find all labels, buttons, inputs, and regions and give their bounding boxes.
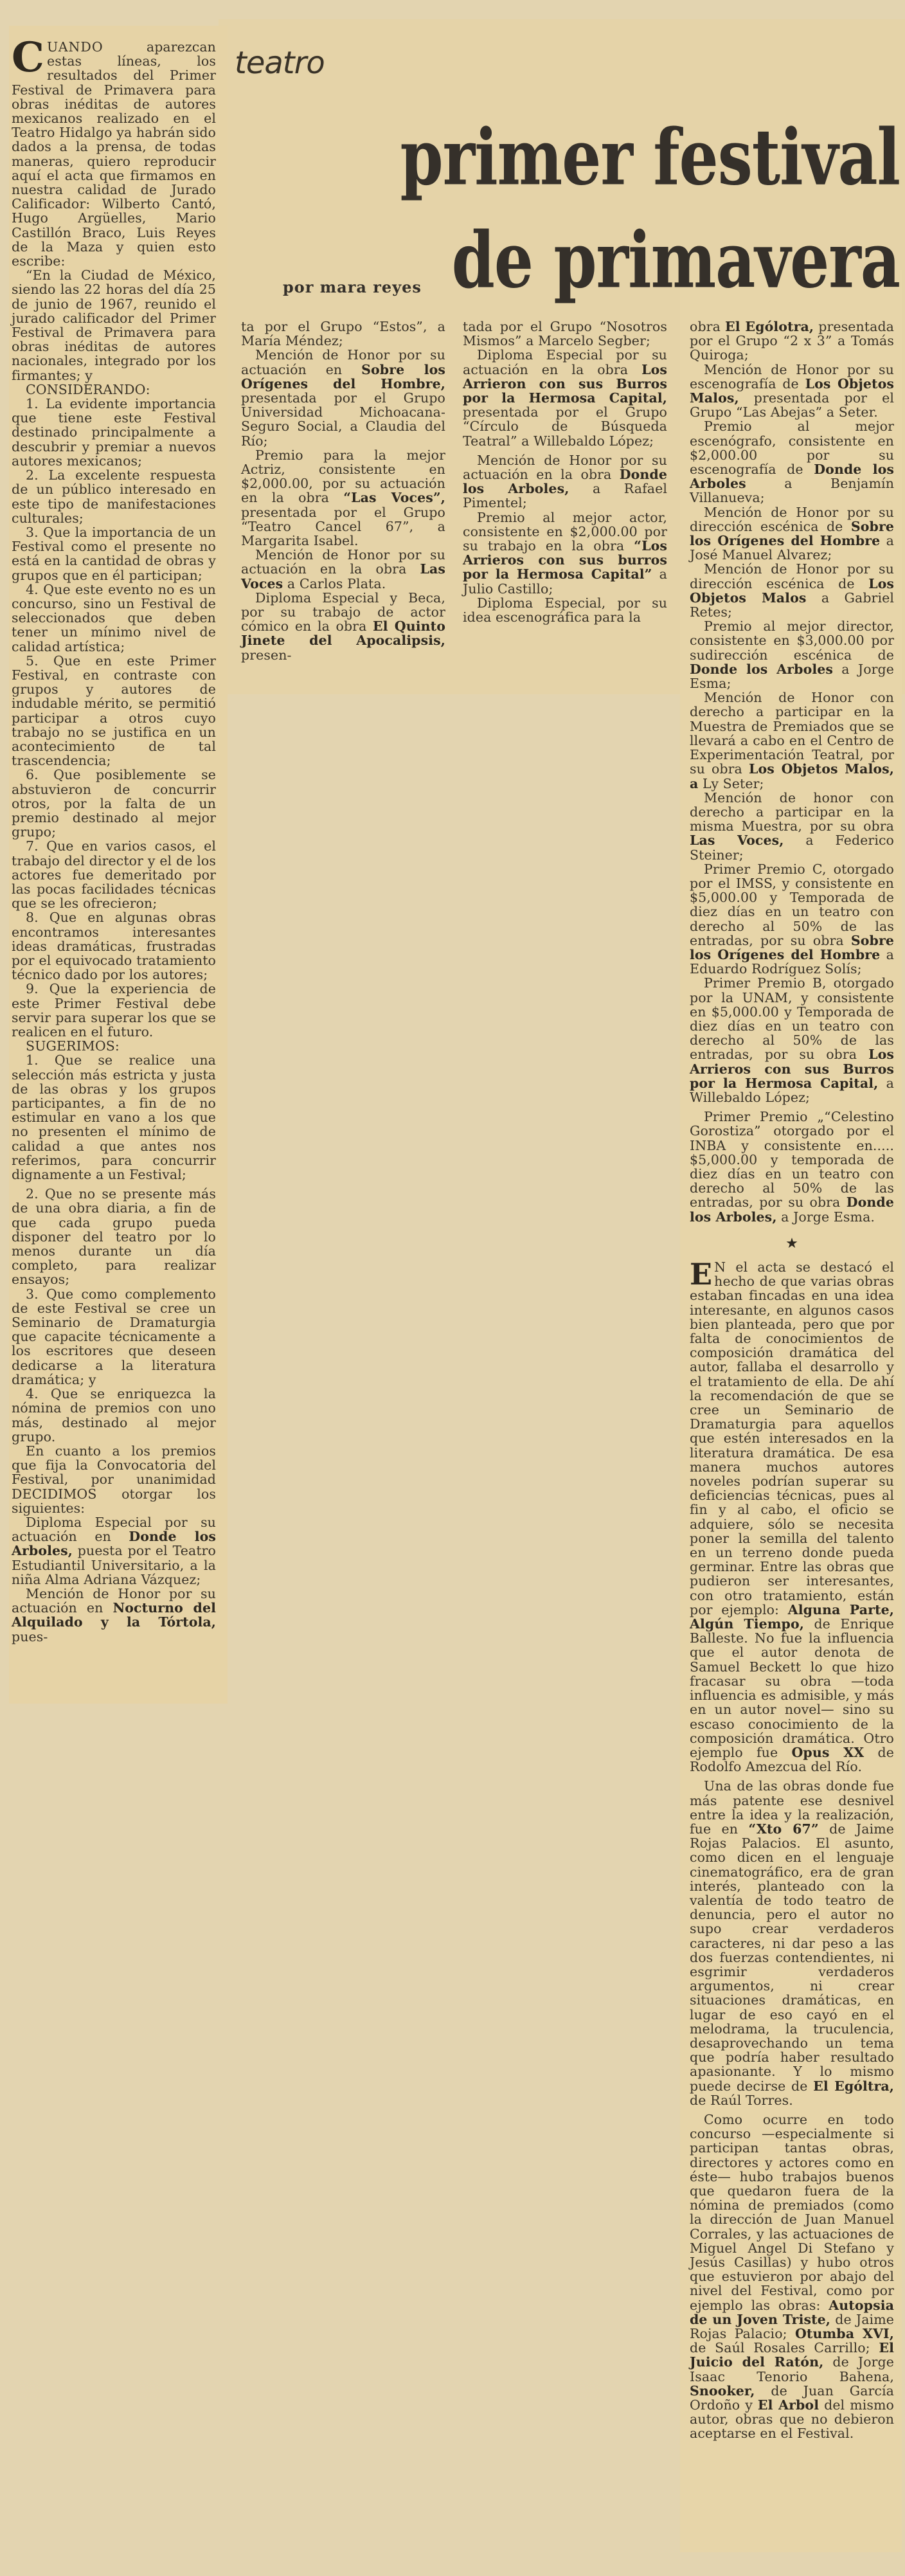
award-entry: Mención de Honor por su escenografía de … [690, 363, 894, 420]
award-entry: Mención de Honor por su actuación en Noc… [12, 1587, 216, 1644]
commentary-text: el acta se destacó el hecho de que varia… [690, 1259, 894, 1617]
considerando-item: 2. La excelente respuesta de un público … [12, 468, 216, 525]
award-text: Premio al mejor director, consistente en… [690, 618, 894, 662]
commentary-paragraph-2: Una de las obras donde fue más patente e… [690, 1779, 894, 2107]
award-entry: Primer Premio B, otorgado por la UNAM, y… [690, 976, 894, 1104]
award-text: Diploma Especial por su actuación en la … [463, 347, 667, 377]
work-title: “Xto 67” [748, 1821, 818, 1837]
section-label: teatro [235, 45, 325, 81]
award-text: Primer Premio B, otorgado por la UNAM, y… [690, 975, 894, 1062]
work-title: Otumba XVI, [795, 2326, 894, 2341]
considerando-item: 5. Que en este Primer Festival, en contr… [12, 654, 216, 768]
award-text: presentada por el Grupo “Círculo de Búsq… [463, 404, 667, 448]
considerando-heading: CONSIDERANDO: [12, 383, 216, 397]
lead-word: UANDO [47, 39, 103, 55]
acta-opening: “En la Ciudad de México, siendo las 22 h… [12, 268, 216, 383]
work-title: Snooker, [690, 2383, 755, 2399]
commentary-text: Como ocurre en todo concurso —especialme… [690, 2112, 894, 2313]
award-text-continued: pues- [12, 1629, 48, 1644]
considerando-item: 7. Que en varios casos, el trabajo del d… [12, 839, 216, 910]
award-entry: Mención de Honor por su dirección escéni… [690, 562, 894, 619]
star-separator-icon: ★ [690, 1237, 894, 1251]
award-text: a Jorge Esma. [777, 1209, 875, 1225]
award-entry: Diploma Especial y Beca, por su trabajo … [241, 591, 445, 662]
award-entry-continuation: ta por el Grupo “Estos”, a María Méndez; [241, 320, 445, 348]
award-work-title: Las Voces, [690, 833, 784, 848]
commentary-text: de Raúl Torres. [690, 2093, 793, 2108]
award-entry-partial: Diploma Especial, por su idea escenográf… [463, 596, 667, 624]
commentary-text: de Saúl Rosales Carrillo; [690, 2340, 879, 2355]
award-entry: Primer Premio „“Celestino Gorostiza” oto… [690, 1110, 894, 1224]
award-work-title: El Ególotra, [725, 319, 814, 334]
award-text: Mención de Honor por su actuación en la … [241, 547, 445, 577]
considerando-item: 1. La evidente importancia que tiene est… [12, 397, 216, 468]
commentary-paragraph-1: EN el acta se destacó el hecho de que va… [690, 1260, 894, 1774]
article-column-1: CUANDO aparezcan estas líneas, los resul… [12, 40, 216, 1644]
award-entry: Mención de Honor por su actuación en la … [241, 548, 445, 591]
award-entry: Primer Premio C, otorgado por el IMSS, y… [690, 862, 894, 977]
premios-intro: En cuanto a los premios que fija la Conv… [12, 1444, 216, 1515]
lead-letter: N [714, 1259, 726, 1275]
sugerimos-heading: SUGERIMOS: [12, 1039, 216, 1053]
award-text: presentada por el Grupo “Teatro Cancel 6… [241, 505, 445, 548]
drop-cap: E [690, 1261, 712, 1287]
sugerimos-item: 4. Que se enriquezca la nómina de premio… [12, 1387, 216, 1444]
commentary-text: de Jaime Rojas Palacios. El asunto, como… [690, 1821, 894, 2094]
considerando-item: 4. Que este evento no es un concurso, si… [12, 582, 216, 654]
byline: por mara reyes [283, 278, 422, 296]
considerando-item: 8. Que en algunas obras encontramos inte… [12, 910, 216, 982]
award-work-title: “Las Voces”, [343, 490, 445, 505]
drop-cap: C [12, 41, 44, 75]
award-entry: Premio al mejor escenógrafo, consistente… [690, 419, 894, 505]
award-entry: Mención de Honor por su dirección escéni… [690, 505, 894, 563]
considerando-item: 6. Que posiblemente se abstuvieron de co… [12, 768, 216, 839]
award-entry: Mención de honor con derecho a participa… [690, 791, 894, 862]
award-text: Mención de honor con derecho a participa… [690, 790, 894, 834]
award-text: Mención de Honor por su dirección escéni… [690, 561, 894, 591]
award-entry-continuation: obra El Ególotra, presentada por el Grup… [690, 320, 894, 363]
award-text: presentada por el Grupo Universidad Mich… [241, 390, 445, 449]
intro-paragraph: CUANDO aparezcan estas líneas, los resul… [12, 40, 216, 268]
award-entry-continuation: tada por el Grupo “Nosotros Mismos” a Ma… [463, 320, 667, 348]
award-entry: Mención de Honor con derecho a participa… [690, 690, 894, 790]
award-entry: Premio para la mejor Actriz, consistente… [241, 448, 445, 548]
work-title: El Ególtra, [813, 2078, 894, 2094]
award-text: a Carlos Plata. [283, 576, 386, 591]
award-work-title: Donde los Arboles [690, 662, 833, 677]
sugerimos-item: 3. Que como complemento de este Festival… [12, 1287, 216, 1387]
award-text-continued: presen- [241, 647, 292, 663]
commentary-text: de Enrique Balleste. No fue la influenci… [690, 1616, 894, 1760]
article-column-2: ta por el Grupo “Estos”, a María Méndez;… [241, 320, 445, 662]
award-entry: Diploma Especial por su actuación en la … [463, 348, 667, 447]
award-entry: Premio al mejor actor, consistente en $2… [463, 510, 667, 596]
work-title: El Arbol [758, 2397, 819, 2413]
award-text: Ly Seter; [698, 776, 764, 791]
headline-line-2: de primavera [276, 209, 900, 312]
award-entry: Mención de Honor por su actuación en la … [463, 453, 667, 510]
commentary-paragraph-3: Como ocurre en todo concurso —especialme… [690, 2112, 894, 2441]
award-entry: Diploma Especial por su actuación en Don… [12, 1515, 216, 1587]
article-column-4: obra El Ególotra, presentada por el Grup… [690, 320, 894, 2441]
considerando-item: 9. Que la experiencia de este Primer Fes… [12, 982, 216, 1039]
award-entry: Premio al mejor director, consistente en… [690, 619, 894, 690]
work-title: Opus XX [791, 1745, 864, 1760]
sugerimos-item: 2. Que no se presente más de una obra di… [12, 1187, 216, 1286]
headline-line-1: primer festival [276, 106, 900, 209]
article-column-3: tada por el Grupo “Nosotros Mismos” a Ma… [463, 320, 667, 624]
award-entry: Mención de Honor por su actuación en Sob… [241, 348, 445, 447]
considerando-item: 3. Que la importancia de un Festival com… [12, 525, 216, 582]
sugerimos-item: 1. Que se realice una selección más estr… [12, 1053, 216, 1182]
